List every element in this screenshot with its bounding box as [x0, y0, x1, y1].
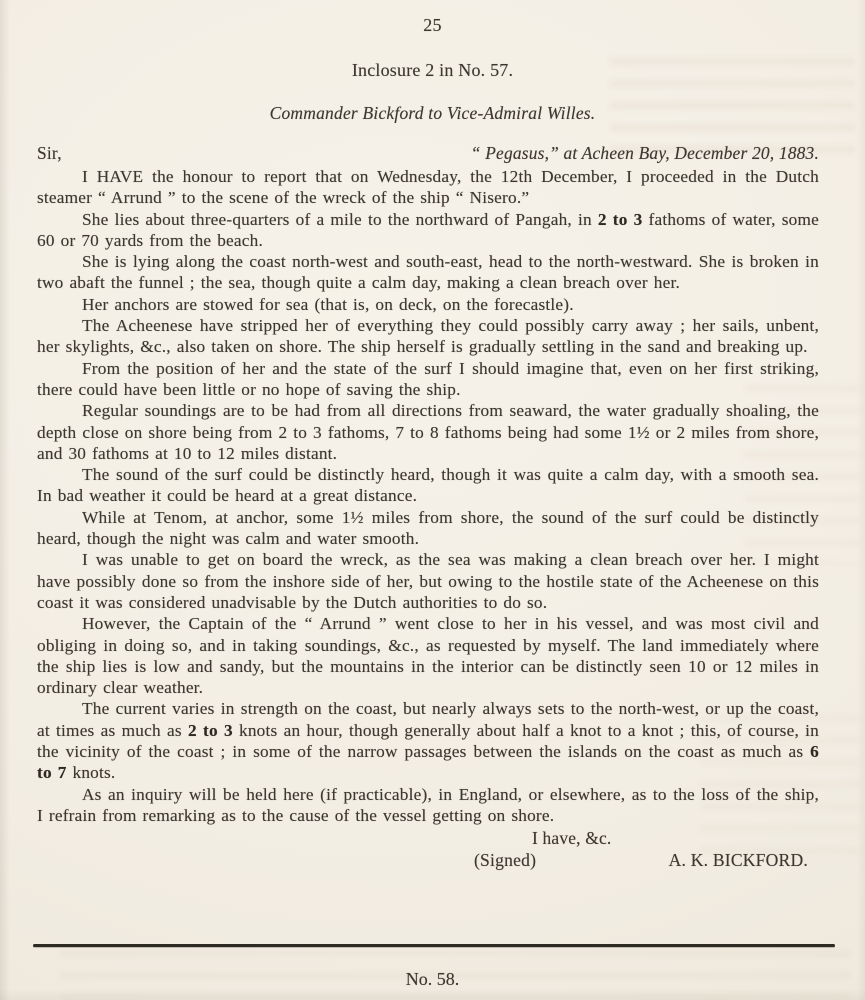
letter-paragraph: The Acheenese have stripped her of every…: [37, 315, 819, 358]
next-document-number: No. 58.: [0, 968, 865, 991]
section-divider-rule: [33, 944, 835, 947]
letter-body: I HAVE the honour to report that on Wedn…: [37, 166, 819, 826]
letter-paragraph: The current varies in strength on the co…: [37, 698, 819, 783]
inclosure-heading: Inclosure 2 in No. 57.: [0, 59, 865, 82]
page-number: 25: [0, 14, 865, 37]
letter-paragraph: The sound of the surf could be distinctl…: [37, 464, 819, 507]
letter-paragraph: From the position of her and the state o…: [37, 358, 819, 401]
salutation: Sir,: [37, 142, 62, 164]
signed-label: (Signed): [474, 849, 536, 871]
letter-paragraph: While at Tenom, at anchor, some 1½ miles…: [37, 507, 819, 550]
letter-paragraph: I HAVE the honour to report that on Wedn…: [37, 166, 819, 209]
salutation-row: Sir, “ Pegasus,” at Acheen Bay, December…: [37, 142, 819, 164]
letter-paragraph: She is lying along the coast north-west …: [37, 251, 819, 294]
letter-paragraph: I was unable to get on board the wreck, …: [37, 549, 819, 613]
scanned-document-page: 25 Inclosure 2 in No. 57. Commander Bick…: [0, 0, 865, 1000]
signature-name: A. K. BICKFORD.: [669, 849, 808, 871]
document-content: 25 Inclosure 2 in No. 57. Commander Bick…: [0, 0, 865, 871]
valediction: I have, &c.: [532, 827, 819, 849]
letter-paragraph: As an inquiry will be held here (if prac…: [37, 784, 819, 827]
letter-dateline: “ Pegasus,” at Acheen Bay, December 20, …: [471, 142, 819, 164]
letter-heading: Commander Bickford to Vice-Admiral Wille…: [0, 102, 865, 125]
signature-row: (Signed) A. K. BICKFORD.: [474, 849, 808, 871]
letter-paragraph: She lies about three-quarters of a mile …: [37, 209, 819, 252]
letter-paragraph: Her anchors are stowed for sea (that is,…: [37, 294, 819, 315]
letter-paragraph: However, the Captain of the “ Arrund ” w…: [37, 613, 819, 698]
letter-paragraph: Regular soundings are to be had from all…: [37, 400, 819, 464]
